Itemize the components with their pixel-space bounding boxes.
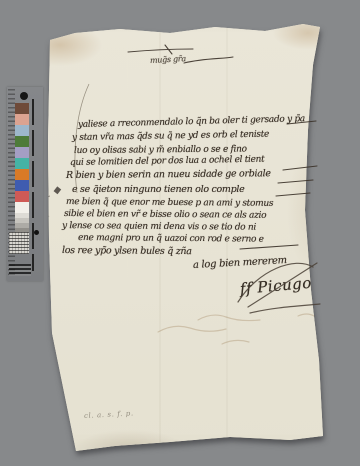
manuscript-line: e se q̃ieton ninguno tienen olo comple xyxy=(72,184,244,195)
photo-stage: mug̃s gr̃a yaliese a rreconmendalo lo q̃… xyxy=(0,0,360,466)
manuscript-line: yaliese a rreconmendalo lo q̃n ba oler t… xyxy=(78,114,305,130)
manuscript-line: los ree yp̃o ylsen bules q̃ zña xyxy=(62,245,192,257)
paper-wrapper: mug̃s gr̃a yaliese a rreconmendalo lo q̃… xyxy=(0,0,360,466)
pencil-archival-mark: cl. a. s. f. p. xyxy=(84,409,134,420)
top-annotation: mug̃s gr̃a xyxy=(150,54,186,65)
manuscript-line: y lense co sea quien mi dena vis o se ti… xyxy=(62,221,256,233)
manuscript-line: R bien y bien serin an nueu sidade ge or… xyxy=(66,168,271,181)
manuscript-paper: mug̃s gr̃a yaliese a rreconmendalo lo q̃… xyxy=(0,0,360,466)
signature: ff Picugo xyxy=(239,274,312,298)
margin-note-vertical: alsoro) no q̃r ens xyxy=(41,128,50,240)
manuscript-line: ene magni pro un q̃ uazoi con rod e sern… xyxy=(78,233,264,245)
manuscript-line: qui se lomitien del por dos lua a ochel … xyxy=(70,155,265,168)
manuscript-line: y stan vr̃a mas q̃ds su q̃ ne yd es orb … xyxy=(72,130,269,143)
manuscript-line: luo oy olisas sabi y m̃ enbiallo o se e … xyxy=(74,144,247,156)
manuscript-line: sibie el bien en vr̃ e bisse olio o sean… xyxy=(64,209,266,221)
closing-line: a log bien mererem xyxy=(193,255,287,271)
manuscript-line: me bien q̃ que enor me buese p an ami y … xyxy=(66,197,273,209)
